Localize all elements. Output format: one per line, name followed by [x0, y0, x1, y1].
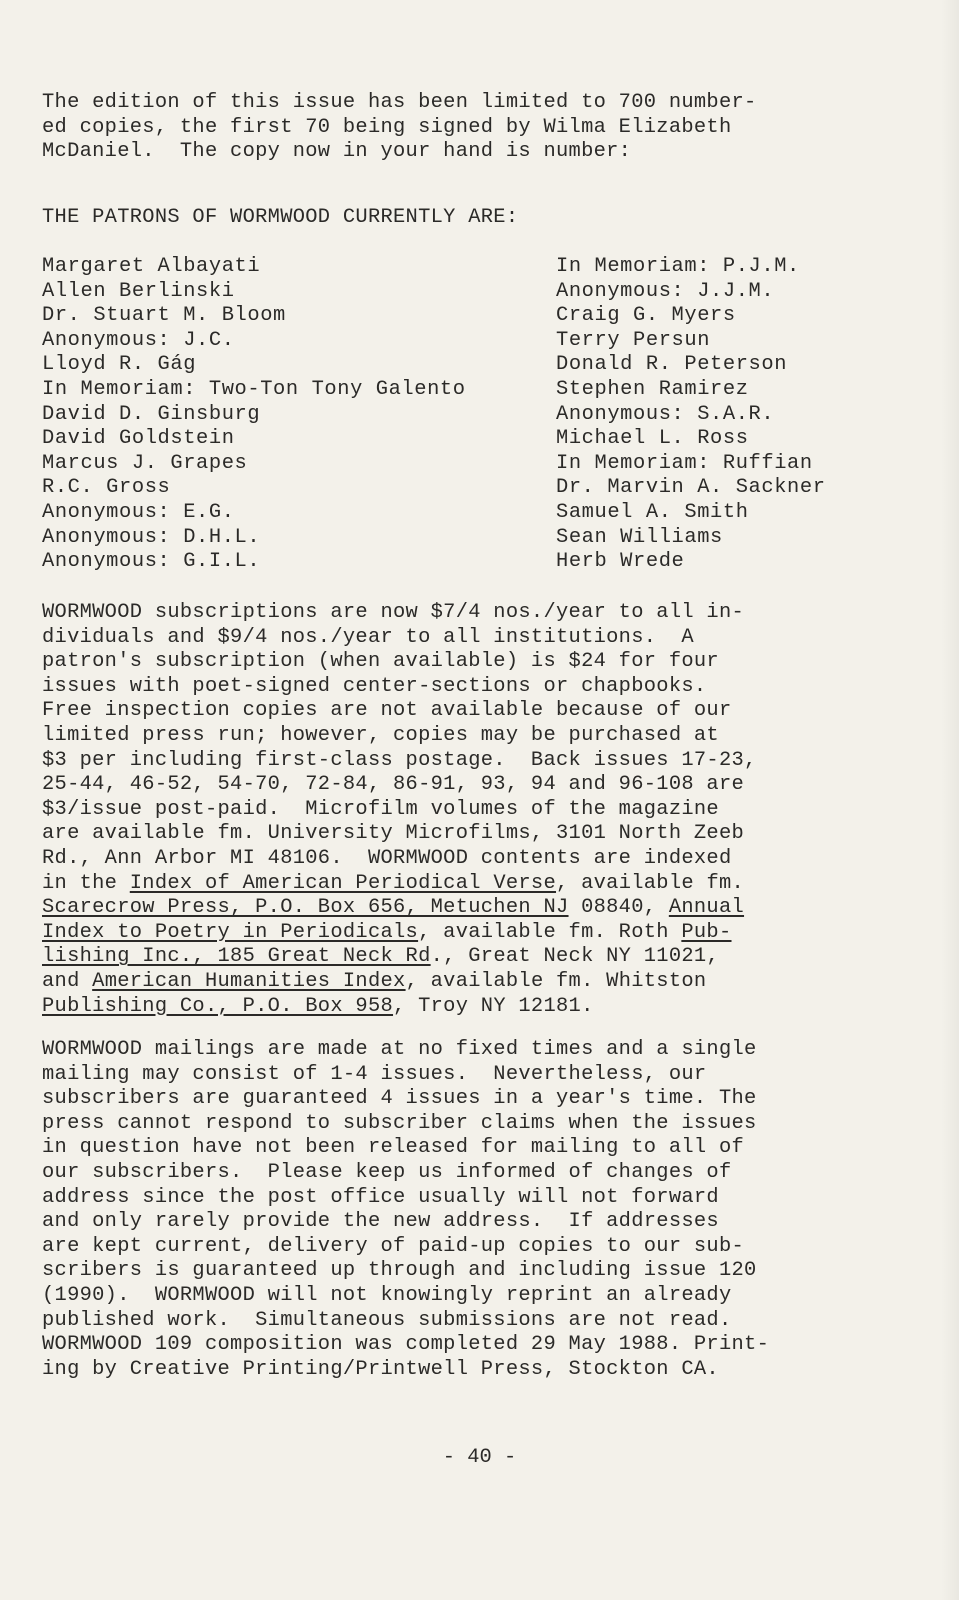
text-line: ing by Creative Printing/Printwell Press…	[42, 1358, 922, 1383]
text-line: Herb Wrede	[556, 550, 826, 575]
text-line: and American Humanities Index, available…	[42, 970, 922, 995]
text-line: Anonymous: S.A.R.	[556, 403, 826, 428]
patrons-heading: THE PATRONS OF WORMWOOD CURRENTLY ARE:	[42, 206, 922, 231]
text-line: address since the post office usually wi…	[42, 1186, 922, 1211]
text-line: R.C. Gross	[42, 476, 466, 501]
text-line: scribers is guaranteed up through and in…	[42, 1259, 922, 1284]
text-line: Anonymous: J.C.	[42, 329, 466, 354]
text-line: David D. Ginsburg	[42, 403, 466, 428]
underlined-title: Annual	[669, 896, 744, 919]
underlined-title: Index of American Periodical Verse	[130, 872, 556, 895]
text-line: Margaret Albayati	[42, 255, 466, 280]
text-line: Stephen Ramirez	[556, 378, 826, 403]
text-line: Anonymous: J.J.M.	[556, 280, 826, 305]
text-line: $3/issue post-paid. Microfilm volumes of…	[42, 798, 922, 823]
text-line: In Memoriam: Two-Ton Tony Galento	[42, 378, 466, 403]
text-line: lishing Inc., 185 Great Neck Rd., Great …	[42, 945, 922, 970]
text-line: issues with poet-signed center-sections …	[42, 675, 922, 700]
text-line: are kept current, delivery of paid-up co…	[42, 1235, 922, 1260]
text-line: published work. Simultaneous submissions…	[42, 1309, 922, 1334]
text-line: mailing may consist of 1-4 issues. Never…	[42, 1063, 922, 1088]
text-line: Scarecrow Press, P.O. Box 656, Metuchen …	[42, 896, 922, 921]
underlined-title: Scarecrow Press, P.O. Box 656, Metuchen …	[42, 896, 569, 919]
text-line: In Memoriam: Ruffian	[556, 452, 826, 477]
underlined-title: Index to Poetry in Periodicals	[42, 921, 418, 944]
text-line: Craig G. Myers	[556, 304, 826, 329]
underlined-title: American Humanities Index	[92, 970, 405, 993]
text-line: WORMWOOD subscriptions are now $7/4 nos.…	[42, 601, 922, 626]
text-line: dividuals and $9/4 nos./year to all inst…	[42, 626, 922, 651]
text-line: WORMWOOD 109 composition was completed 2…	[42, 1333, 922, 1358]
text-line: Sean Williams	[556, 526, 826, 551]
text-line: Anonymous: D.H.L.	[42, 526, 466, 551]
text-line: Anonymous: G.I.L.	[42, 550, 466, 575]
text-line: Free inspection copies are not available…	[42, 699, 922, 724]
text-line: (1990). WORMWOOD will not knowingly repr…	[42, 1284, 922, 1309]
text-line: Samuel A. Smith	[556, 501, 826, 526]
underlined-title: Publishing Co., P.O. Box 958	[42, 995, 393, 1018]
text-line: David Goldstein	[42, 427, 466, 452]
text-line: Donald R. Peterson	[556, 353, 826, 378]
underlined-title: Pub-	[681, 921, 731, 944]
text-line: Michael L. Ross	[556, 427, 826, 452]
text-line: Allen Berlinski	[42, 280, 466, 305]
text-line: WORMWOOD mailings are made at no fixed t…	[42, 1038, 922, 1063]
patrons-list-left: Margaret AlbayatiAllen BerlinskiDr. Stua…	[42, 255, 466, 575]
text-line: Dr. Marvin A. Sackner	[556, 476, 826, 501]
text-line: In Memoriam: P.J.M.	[556, 255, 826, 280]
mailings-paragraph: WORMWOOD mailings are made at no fixed t…	[42, 1038, 922, 1382]
text-line: and only rarely provide the new address.…	[42, 1210, 922, 1235]
text-line: ed copies, the first 70 being signed by …	[42, 116, 922, 141]
text-line: press cannot respond to subscriber claim…	[42, 1112, 922, 1137]
text-line: The edition of this issue has been limit…	[42, 91, 922, 116]
text-line: in question have not been released for m…	[42, 1136, 922, 1161]
text-line: Terry Persun	[556, 329, 826, 354]
text-line: are available fm. University Microfilms,…	[42, 822, 922, 847]
subscriptions-paragraph: WORMWOOD subscriptions are now $7/4 nos.…	[42, 601, 922, 1019]
text-line: in the Index of American Periodical Vers…	[42, 872, 922, 897]
text-line: patron's subscription (when available) i…	[42, 650, 922, 675]
text-line: 25-44, 46-52, 54-70, 72-84, 86-91, 93, 9…	[42, 773, 922, 798]
text-line: Marcus J. Grapes	[42, 452, 466, 477]
text-line: our subscribers. Please keep us informed…	[42, 1161, 922, 1186]
text-line: Publishing Co., P.O. Box 958, Troy NY 12…	[42, 995, 922, 1020]
edition-notice: The edition of this issue has been limit…	[42, 91, 922, 165]
text-line: McDaniel. The copy now in your hand is n…	[42, 140, 922, 165]
text-line: Anonymous: E.G.	[42, 501, 466, 526]
document-page: The edition of this issue has been limit…	[0, 0, 959, 1600]
text-line: Lloyd R. Gág	[42, 353, 466, 378]
text-line: Index to Poetry in Periodicals, availabl…	[42, 921, 922, 946]
text-line: subscribers are guaranteed 4 issues in a…	[42, 1087, 922, 1112]
text-line: Rd., Ann Arbor MI 48106. WORMWOOD conten…	[42, 847, 922, 872]
underlined-title: lishing Inc., 185 Great Neck Rd	[42, 945, 431, 968]
page-edge-shadow	[941, 0, 959, 1600]
patrons-list-right: In Memoriam: P.J.M.Anonymous: J.J.M.Crai…	[556, 255, 826, 575]
text-line: $3 per including first-class postage. Ba…	[42, 749, 922, 774]
page-number: - 40 -	[0, 1446, 959, 1469]
text-line: limited press run; however, copies may b…	[42, 724, 922, 749]
text-line: Dr. Stuart M. Bloom	[42, 304, 466, 329]
